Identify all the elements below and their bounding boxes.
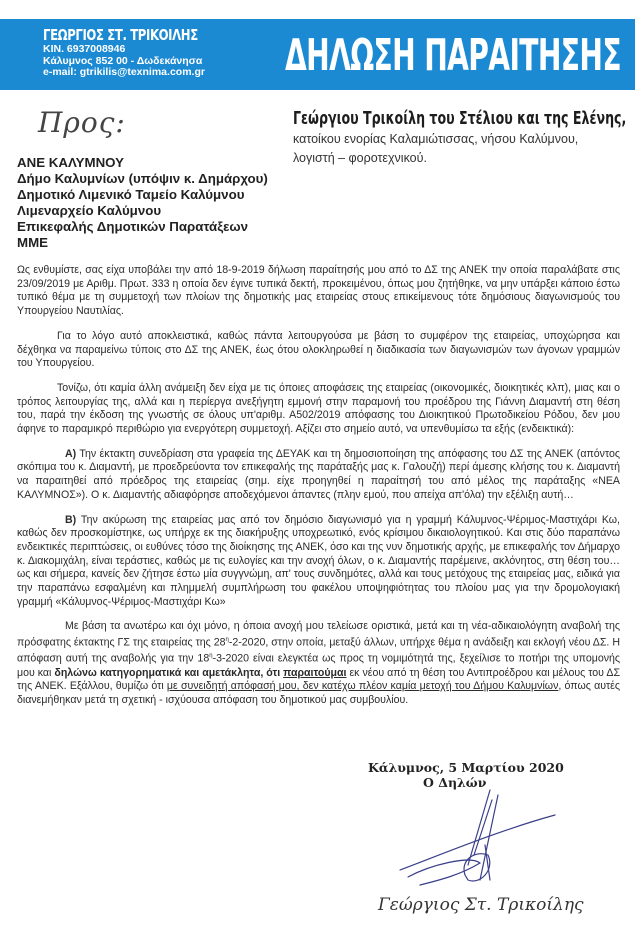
sender-name: ΓΕΩΡΓΙΟΣ ΣΤ. ΤΡΙΚΟΙΛΗΣ xyxy=(43,27,198,44)
point-a-text: Την έκτακτη συνεδρίαση στα γραφεία της Δ… xyxy=(17,448,620,501)
to-label: Προς: xyxy=(38,106,126,139)
signature-scribble xyxy=(380,785,580,895)
recipient: ΜΜΕ xyxy=(17,235,268,251)
paragraph-resignation: Με βάση τα ανωτέρω και όχι μόνο, η όποια… xyxy=(17,620,620,707)
paragraph-intro: Ως ενθυμίστε, σας είχα υποβάλει την από … xyxy=(17,264,620,319)
point-b-label: Β) xyxy=(65,514,76,526)
declarant-name: Γεώργιου Τρικοίλη του Στέλιου και της Ελ… xyxy=(293,108,524,130)
document-title: ΔΗΛΩΣΗ ΠΑΡΑΙΤΗΣΗΣ xyxy=(285,33,621,79)
signed-name: Γεώργιος Στ. Τρικοίλης xyxy=(378,895,584,915)
recipient: ΑΝΕ ΚΑΛΥΜΝΟΥ xyxy=(17,155,268,171)
recipient: Δημοτικό Λιμενικό Ταμείο Καλύμνου xyxy=(17,187,268,203)
paragraph-reason: Για το λόγο αυτό αποκλειστικά, καθώς πάν… xyxy=(17,330,620,371)
point-b: Β) Την ακύρωση της εταιρείας μας από τον… xyxy=(17,514,620,610)
recipient: Λιμεναρχείο Καλύμνου xyxy=(17,203,268,219)
point-b-text: Την ακύρωση της εταιρείας μας από τον δη… xyxy=(17,514,620,608)
point-a-label: Α) xyxy=(65,448,76,460)
underlined-statement: με συνειδητή απόφασή μου, δεν κατέχω πλέ… xyxy=(167,680,558,692)
point-a: Α) Την έκτακτη συνεδρίαση στα γραφεία τη… xyxy=(17,448,620,503)
declarant-profession: λογιστή – φοροτεχνικού. xyxy=(293,149,623,168)
bold-statement: δηλώνω κατηγορηματικά και αμετάκλητα, ότ… xyxy=(54,667,283,679)
header-banner: ΓΕΩΡΓΙΟΣ ΣΤ. ΤΡΙΚΟΙΛΗΣ ΚΙΝ. 6937008946 Κ… xyxy=(0,19,635,90)
recipient: Επικεφαλής Δημοτικών Παρατάξεων xyxy=(17,219,268,235)
resign-keyword: παραιτούμαι xyxy=(283,667,346,679)
place-date: Κάλυμνος, 5 Μαρτίου 2020 xyxy=(368,760,564,775)
paragraph-emphasis: Τονίζω, ότι καμία άλλη ανάμειξη δεν είχα… xyxy=(17,382,620,437)
letter-body: Ως ενθυμίστε, σας είχα υποβάλει την από … xyxy=(17,264,620,708)
sender-phone: ΚΙΝ. 6937008946 xyxy=(43,44,241,56)
sender-email: e-mail: gtrikilis@texnima.com.gr xyxy=(43,67,241,79)
recipients-list: ΑΝΕ ΚΑΛΥΜΝΟΥ Δήμο Καλυμνίων (υπόψιν κ. Δ… xyxy=(17,155,268,251)
sender-info: ΓΕΩΡΓΙΟΣ ΣΤ. ΤΡΙΚΟΙΛΗΣ ΚΙΝ. 6937008946 Κ… xyxy=(43,27,241,79)
recipient: Δήμο Καλυμνίων (υπόψιν κ. Δημάρχου) xyxy=(17,171,268,187)
declarant-block: Γεώργιου Τρικοίλη του Στέλιου και της Ελ… xyxy=(293,108,623,168)
declarant-residence: κατοίκου ενορίας Καλαμιώτισσας, νήσου Κα… xyxy=(293,130,623,149)
